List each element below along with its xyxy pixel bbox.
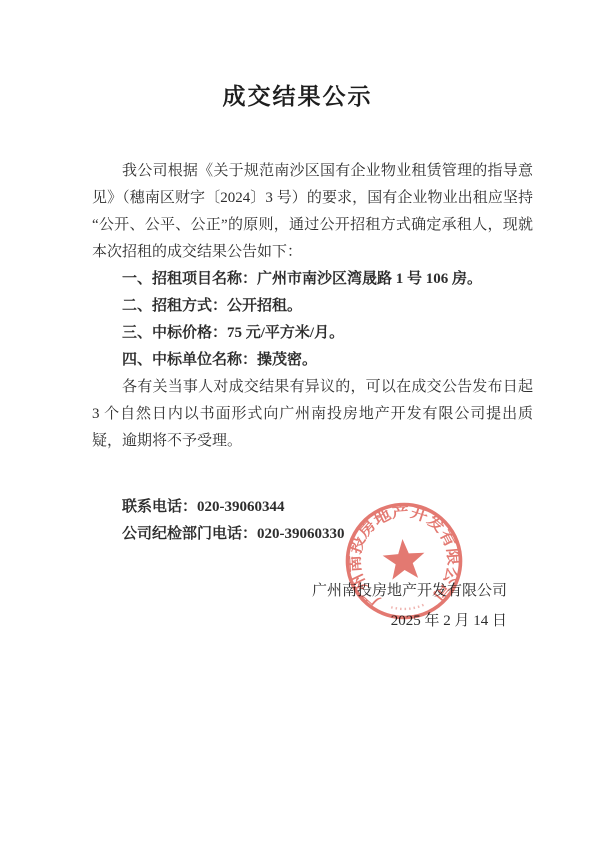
contact-block: 联系电话：020-39060344 公司纪检部门电话：020-39060330 bbox=[92, 494, 533, 548]
document-body: 我公司根据《关于规范南沙区国有企业物业租赁管理的指导意见》（穗南区财字〔2024… bbox=[92, 158, 533, 636]
announcement-item-winner: 四、中标单位名称：操茂密。 bbox=[92, 347, 533, 374]
announcement-items: 一、招租项目名称：广州市南沙区湾晟路 1 号 106 房。 二、招租方式：公开招… bbox=[92, 266, 533, 374]
announcement-item-method: 二、招租方式：公开招租。 bbox=[92, 293, 533, 320]
signature-block: 广州南投房地产开发有限公司 2025 年 2 月 14 日 bbox=[92, 576, 533, 636]
announcement-item-project: 一、招租项目名称：广州市南沙区湾晟路 1 号 106 房。 bbox=[92, 266, 533, 293]
announcement-item-price: 三、中标价格：75 元/平方米/月。 bbox=[92, 320, 533, 347]
signature-company: 广州南投房地产开发有限公司 bbox=[92, 576, 507, 606]
discipline-phone-line: 公司纪检部门电话：020-39060330 bbox=[92, 521, 533, 548]
signature-date: 2025 年 2 月 14 日 bbox=[92, 606, 507, 636]
document-title: 成交结果公示 bbox=[0, 82, 595, 112]
intro-paragraph: 我公司根据《关于规范南沙区国有企业物业租赁管理的指导意见》（穗南区财字〔2024… bbox=[92, 158, 533, 266]
announcement-page: 成交结果公示 我公司根据《关于规范南沙区国有企业物业租赁管理的指导意见》（穗南区… bbox=[0, 0, 595, 842]
contact-phone-line: 联系电话：020-39060344 bbox=[92, 494, 533, 521]
objection-paragraph: 各有关当事人对成交结果有异议的，可以在成交公告发布日起 3 个自然日内以书面形式… bbox=[92, 374, 533, 455]
